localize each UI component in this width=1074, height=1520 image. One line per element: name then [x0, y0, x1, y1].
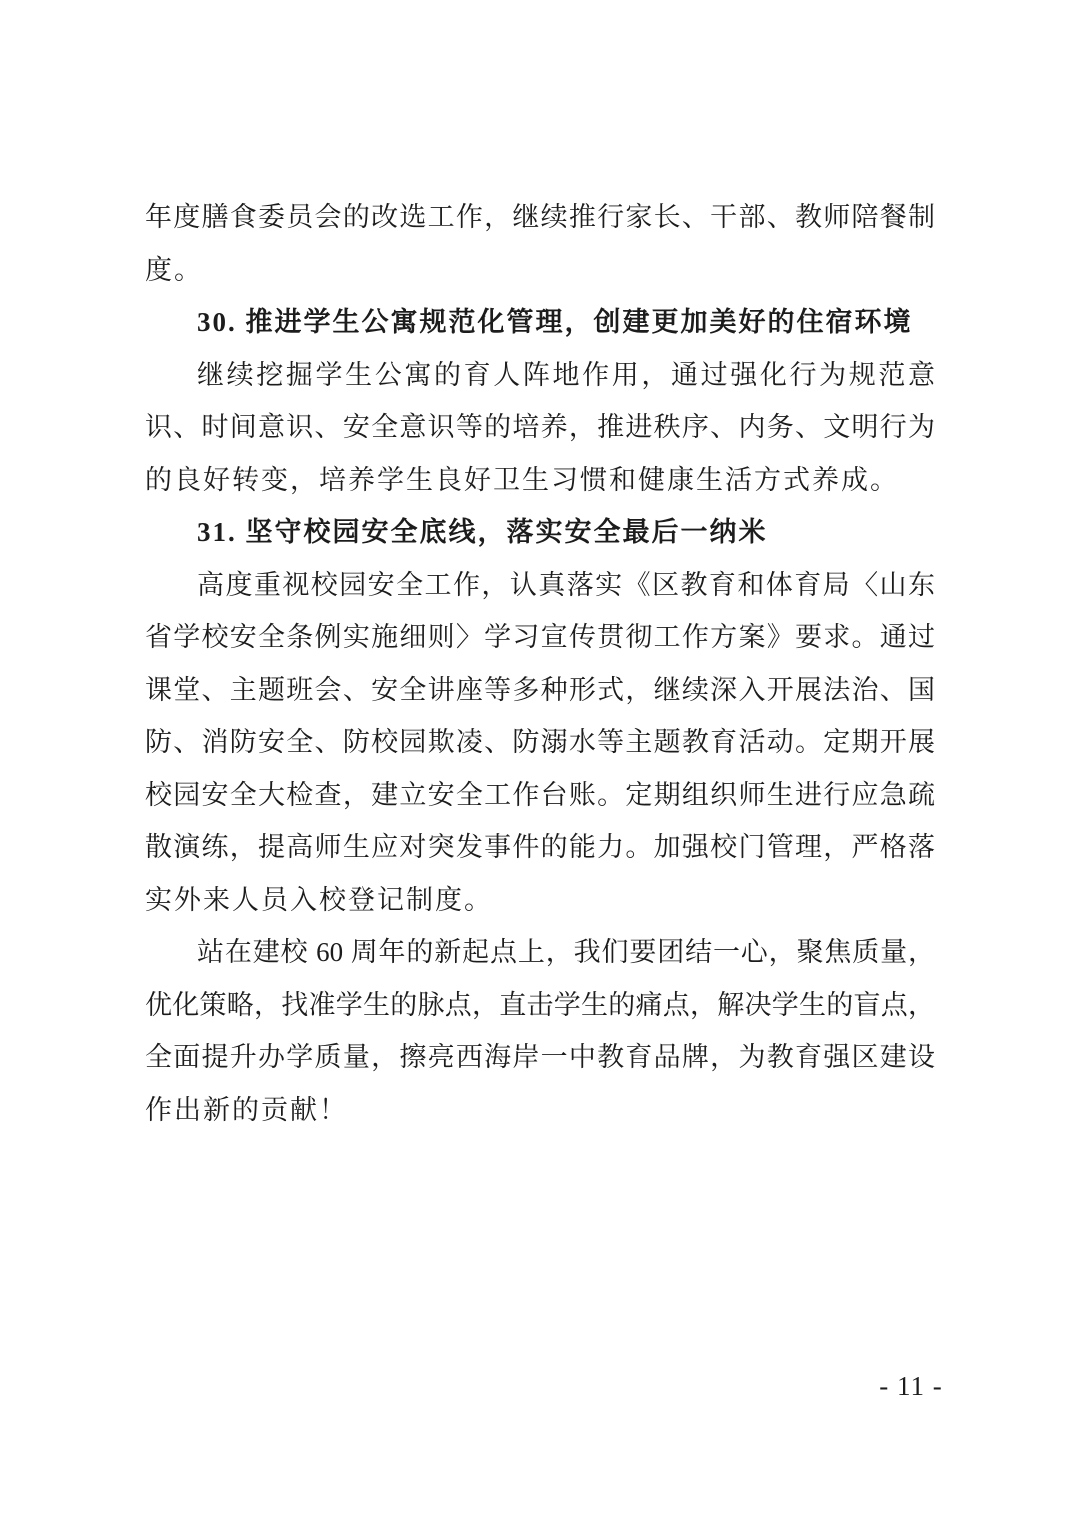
- document-page: 年度膳食委员会的改选工作，继续推行家长、干部、教师陪餐制度。30. 推进学生公寓…: [0, 0, 1074, 1520]
- document-line: 年度膳食委员会的改选工作，继续推行家长、干部、教师陪餐制: [145, 191, 935, 244]
- document-line: 省学校安全条例实施细则〉学习宣传贯彻工作方案》要求。通过: [145, 611, 935, 664]
- document-line: 实外来人员入校登记制度。: [145, 874, 935, 927]
- document-line: 课堂、主题班会、安全讲座等多种形式，继续深入开展法治、国: [145, 664, 935, 717]
- document-line: 防、消防安全、防校园欺凌、防溺水等主题教育活动。定期开展: [145, 716, 935, 769]
- document-line: 站在建校 60 周年的新起点上，我们要团结一心，聚焦质量，: [145, 926, 935, 979]
- document-line: 全面提升办学质量，擦亮西海岸一中教育品牌，为教育强区建设: [145, 1031, 935, 1084]
- document-line: 继续挖掘学生公寓的育人阵地作用，通过强化行为规范意: [145, 349, 935, 402]
- document-content: 年度膳食委员会的改选工作，继续推行家长、干部、教师陪餐制度。30. 推进学生公寓…: [145, 191, 935, 1136]
- document-line: 散演练，提高师生应对突发事件的能力。加强校门管理，严格落: [145, 821, 935, 874]
- document-line: 高度重视校园安全工作，认真落实《区教育和体育局〈山东: [145, 559, 935, 612]
- document-line: 度。: [145, 244, 935, 297]
- document-line: 校园安全大检查，建立安全工作台账。定期组织师生进行应急疏: [145, 769, 935, 822]
- page-number: - 11 -: [856, 1369, 966, 1403]
- heading-line: 31. 坚守校园安全底线，落实安全最后一纳米: [145, 506, 935, 559]
- document-line: 优化策略，找准学生的脉点，直击学生的痛点，解决学生的盲点，: [145, 979, 935, 1032]
- document-line: 作出新的贡献！: [145, 1084, 935, 1137]
- document-line: 的良好转变，培养学生良好卫生习惯和健康生活方式养成。: [145, 454, 935, 507]
- heading-line: 30. 推进学生公寓规范化管理，创建更加美好的住宿环境: [145, 296, 935, 349]
- document-line: 识、时间意识、安全意识等的培养，推进秩序、内务、文明行为: [145, 401, 935, 454]
